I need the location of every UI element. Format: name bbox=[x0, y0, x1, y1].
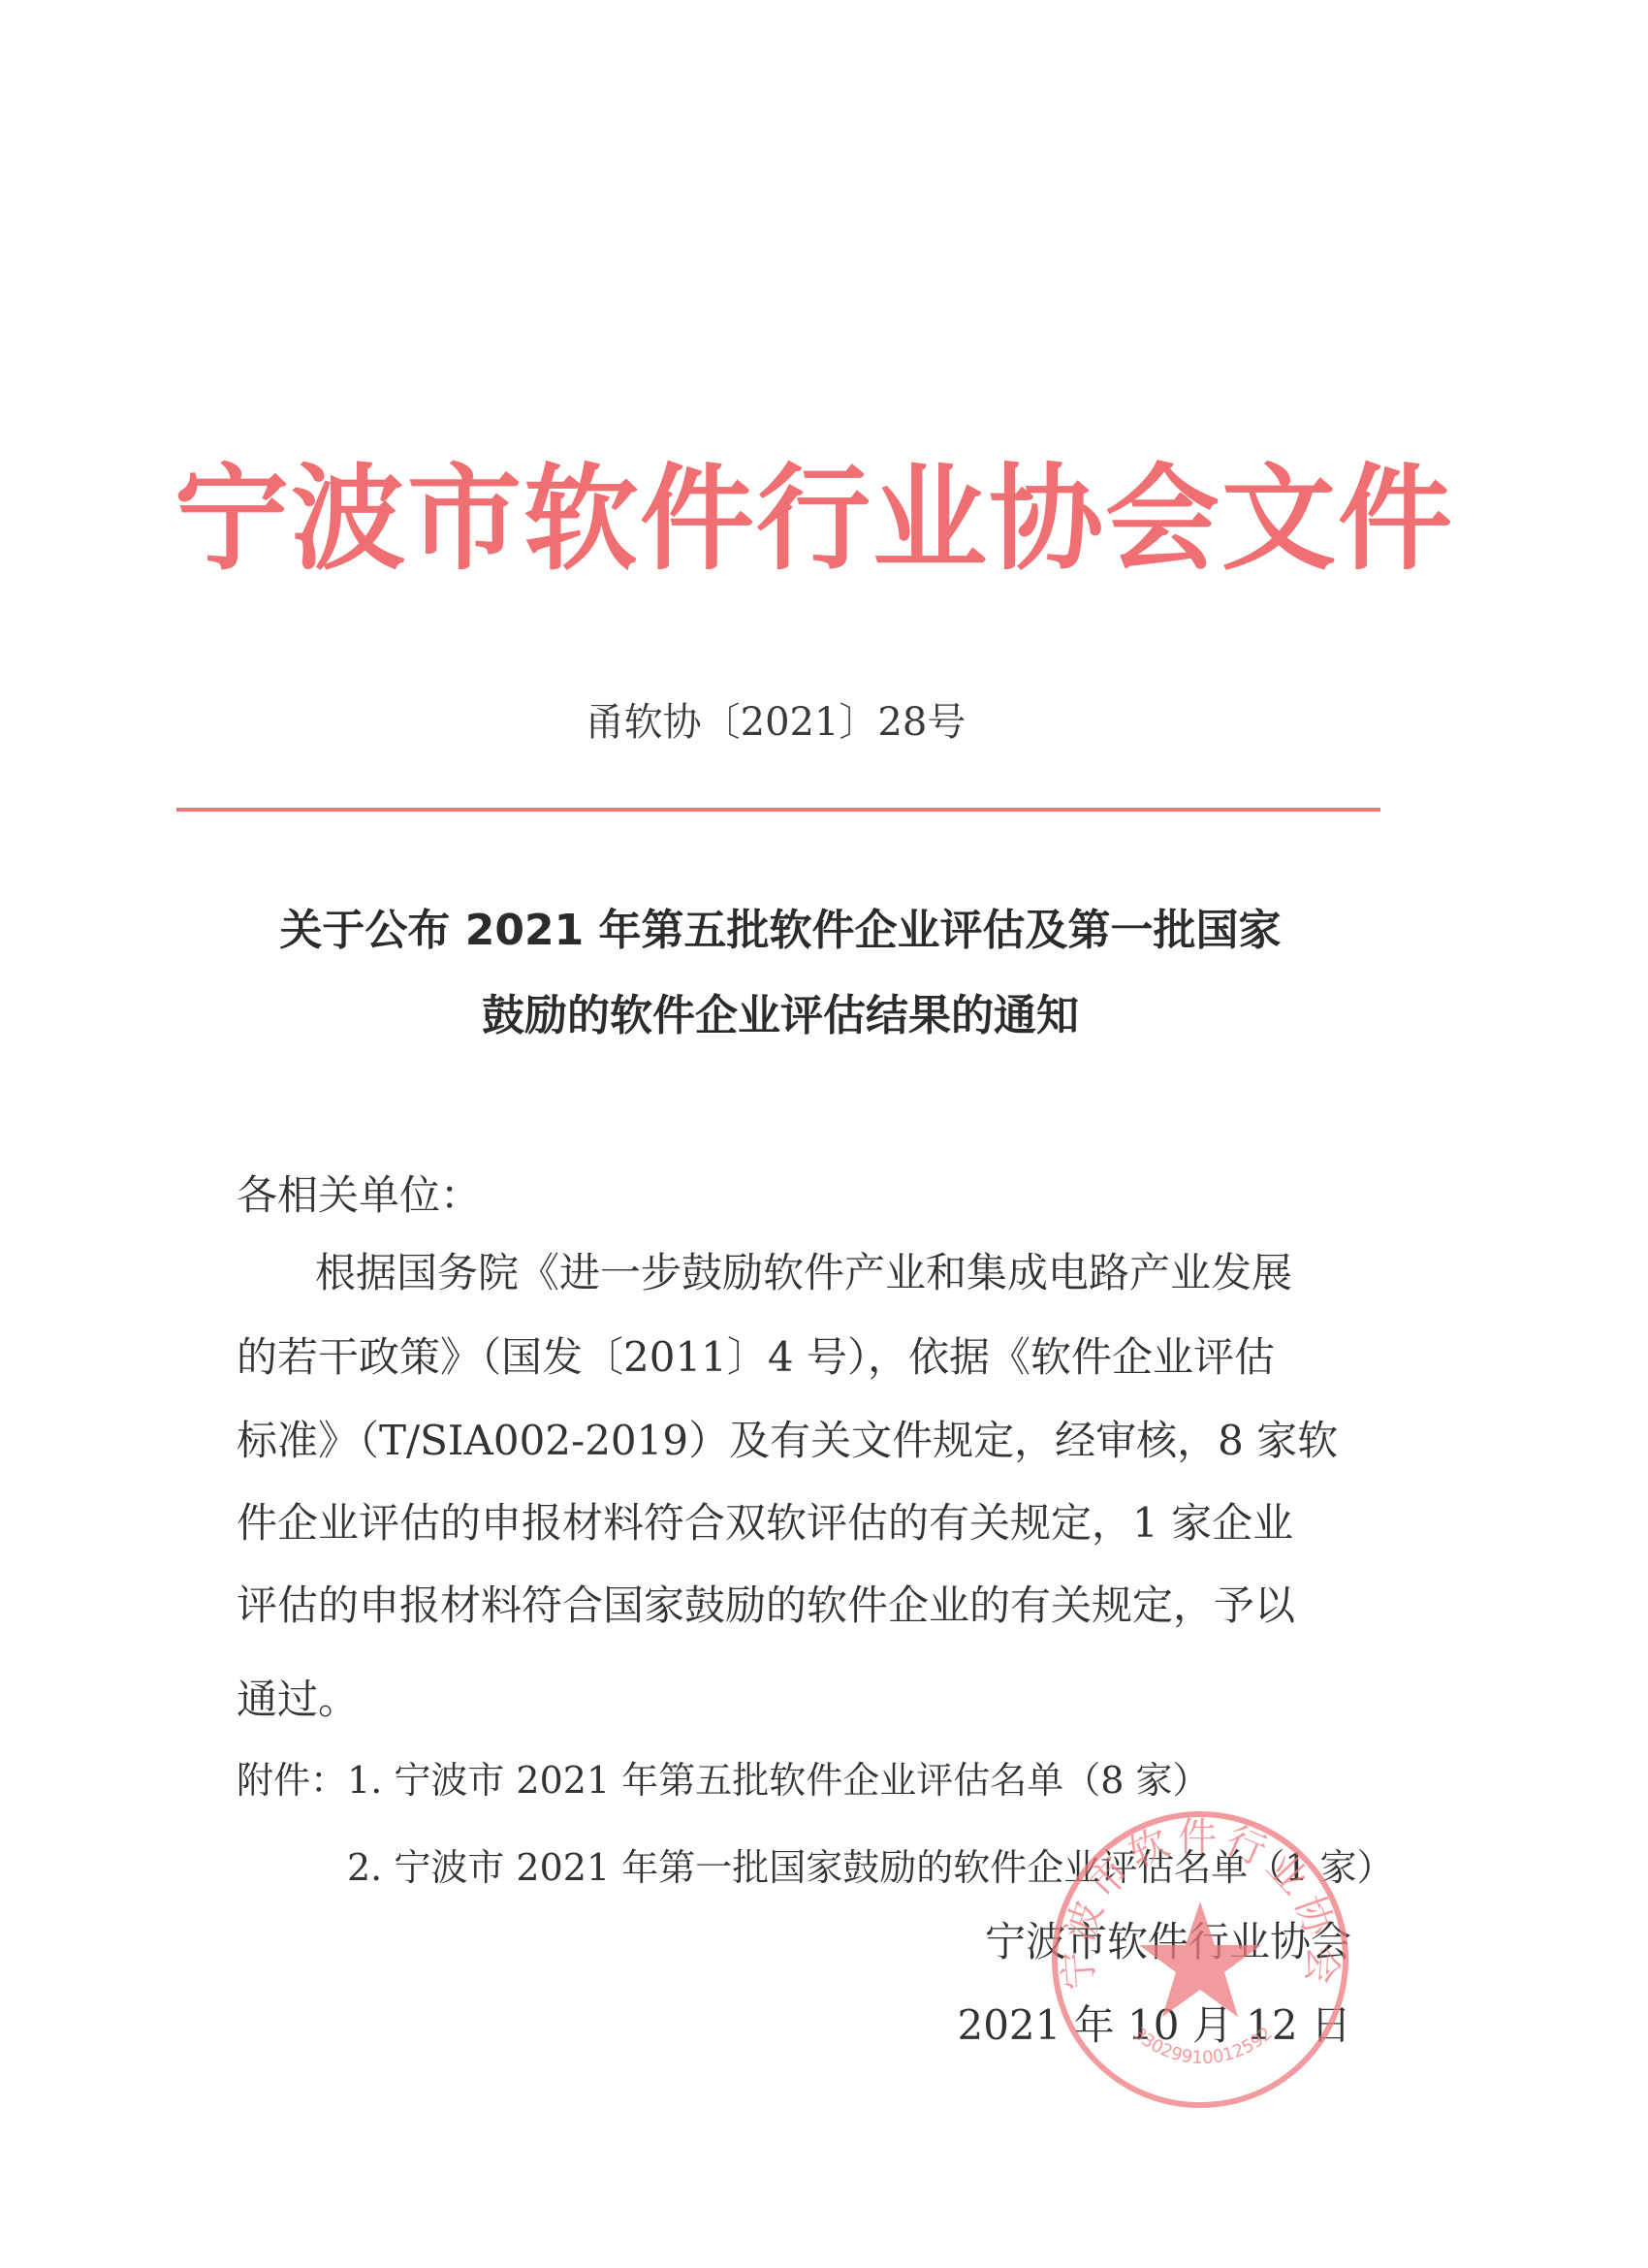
official-seal-icon: 宁波市软件行业协会 33029910012592 bbox=[1050, 1809, 1350, 2110]
body-line-4: 件企业评估的申报材料符合双软评估的有关规定，1 家企业 bbox=[237, 1494, 1361, 1552]
body-line-6: 通过。 bbox=[237, 1671, 1361, 1729]
document-number: 甬软协〔2021〕28号 bbox=[0, 693, 1551, 751]
svg-text:33029910012592: 33029910012592 bbox=[1128, 2024, 1276, 2068]
red-divider-rule bbox=[176, 808, 1380, 812]
body-line-3: 标准》（T/SIA002-2019）及有关文件规定，经审核，8 家软 bbox=[237, 1412, 1361, 1470]
body-line-2: 的若干政策》（国发〔2011〕4 号），依据《软件企业评估 bbox=[237, 1328, 1361, 1387]
body-line-5: 评估的申报材料符合国家鼓励的软件企业的有关规定，予以 bbox=[237, 1577, 1361, 1635]
attachment-1: 附件：1. 宁波市 2021 年第五批软件企业评估名单（8 家） bbox=[237, 1751, 1361, 1809]
body-line-1: 根据国务院《进一步鼓励软件产业和集成电路产业发展 bbox=[315, 1244, 1440, 1302]
org-letterhead-title: 宁波市软件行业协会文件 bbox=[174, 456, 1386, 582]
attachment-item-1: 1. 宁波市 2021 年第五批软件企业评估名单（8 家） bbox=[347, 1759, 1209, 1802]
document-page: 宁波市软件行业协会文件 甬软协〔2021〕28号 关于公布 2021 年第五批软… bbox=[0, 0, 1648, 2268]
attachment-label: 附件： bbox=[237, 1759, 347, 1802]
headline-line-2: 鼓励的软件企业评估结果的通知 bbox=[0, 987, 1561, 1045]
salutation: 各相关单位： bbox=[237, 1166, 1361, 1225]
headline-line-1: 关于公布 2021 年第五批软件企业评估及第一批国家 bbox=[0, 902, 1561, 960]
